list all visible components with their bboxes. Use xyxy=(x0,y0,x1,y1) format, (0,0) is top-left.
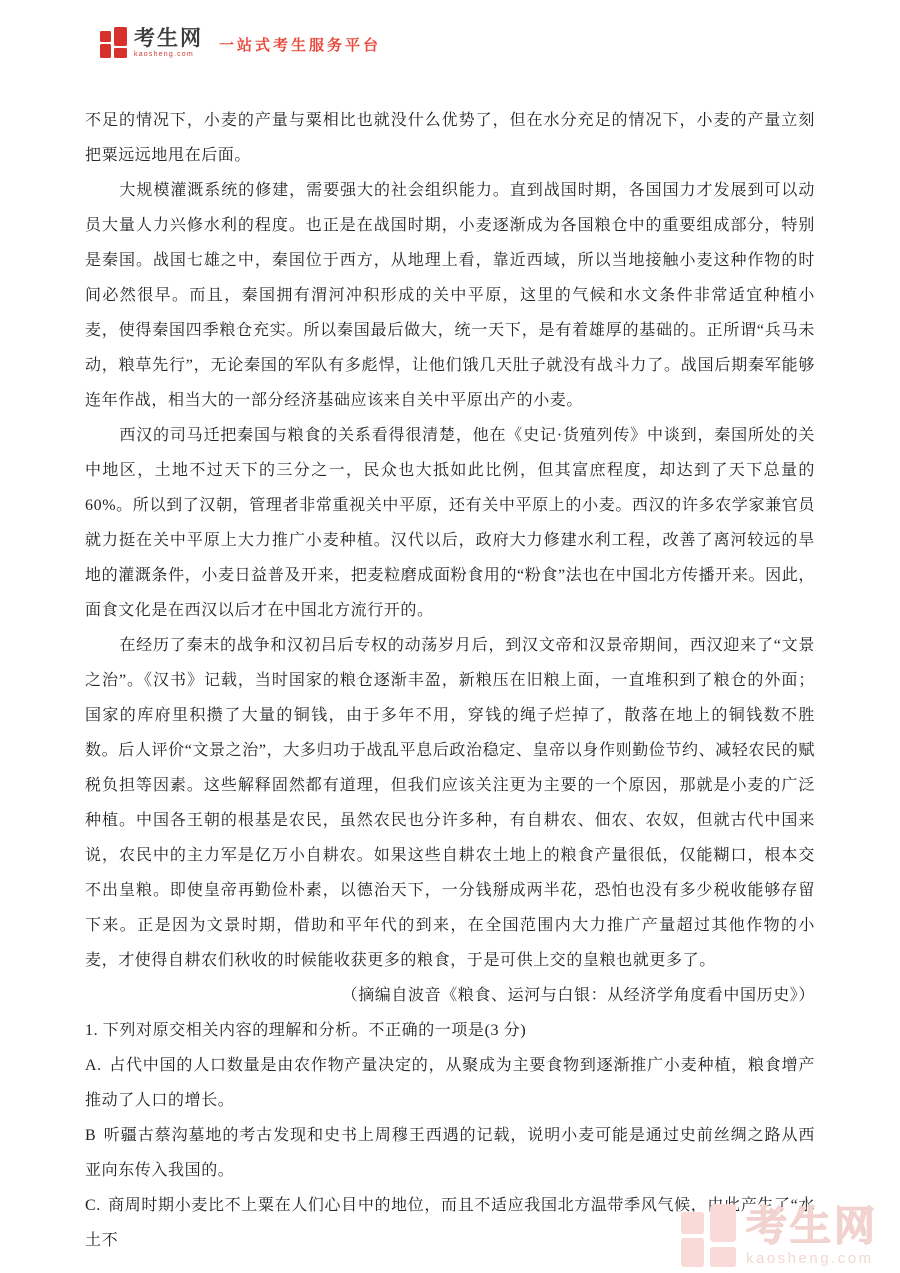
brand-block: 考生网 kaosheng.com xyxy=(134,28,203,58)
brand-name: 考生网 xyxy=(134,28,203,49)
watermark-brand-name: 考生网 xyxy=(746,1206,878,1247)
option-b-label: B xyxy=(85,1127,96,1144)
question-1-stem: 1. 下列对原交相关内容的理解和分析。不正确的一项是(3 分) xyxy=(85,1013,815,1048)
brand-tagline: 一站式考生服务平台 xyxy=(219,34,381,58)
watermark-brand-domain: kaosheng.com xyxy=(746,1251,878,1266)
kaosheng-watermark: 考生网 kaosheng.com xyxy=(681,1204,878,1267)
watermark-text: 考生网 kaosheng.com xyxy=(746,1206,878,1266)
option-c-label: C. xyxy=(85,1197,101,1214)
option-b-text: 听疆古蔡沟墓地的考古发现和史书上周穆王西遇的记载，说明小麦可能是通过史前丝绸之路… xyxy=(85,1127,815,1179)
article-body: 不足的情况下，小麦的产量与粟相比也就没什么优势了，但在水分充足的情况下，小麦的产… xyxy=(85,103,815,1258)
paragraph-simaqian: 西汉的司马迁把秦国与粮食的关系看得很清楚，他在《史记·货殖列传》中谈到，秦国所处… xyxy=(85,418,815,628)
paragraph-continuation: 不足的情况下，小麦的产量与粟相比也就没什么优势了，但在水分充足的情况下，小麦的产… xyxy=(85,103,815,173)
paragraph-wenjing: 在经历了秦末的战争和汉初吕后专权的动荡岁月后，到汉文帝和汉景帝期间，西汉迎来了“… xyxy=(85,628,815,978)
option-a-label: A. xyxy=(85,1057,102,1074)
question-1-option-b: B听疆古蔡沟墓地的考古发现和史书上周穆王西遇的记载，说明小麦可能是通过史前丝绸之… xyxy=(85,1118,815,1188)
document-page: 考生网 kaosheng.com 一站式考生服务平台 不足的情况下，小麦的产量与… xyxy=(0,0,900,1273)
option-a-text: 占代中国的人口数量是由农作物产量决定的，从聚成为主要食物到逐渐推广小麦种植，粮食… xyxy=(85,1057,815,1109)
kaosheng-logo-icon xyxy=(100,27,127,58)
kaosheng-watermark-icon xyxy=(681,1204,736,1267)
paragraph-irrigation: 大规模灌溉系统的修建，需要强大的社会组织能力。直到战国时期，各国国力才发展到可以… xyxy=(85,173,815,418)
brand-domain: kaosheng.com xyxy=(134,51,203,58)
kaosheng-header-logo: 考生网 kaosheng.com 一站式考生服务平台 xyxy=(100,27,381,58)
source-attribution: （摘编自波音《粮食、运河与白银：从经济学角度看中国历史》） xyxy=(85,978,815,1013)
question-1-option-a: A.占代中国的人口数量是由农作物产量决定的，从聚成为主要食物到逐渐推广小麦种植，… xyxy=(85,1048,815,1118)
